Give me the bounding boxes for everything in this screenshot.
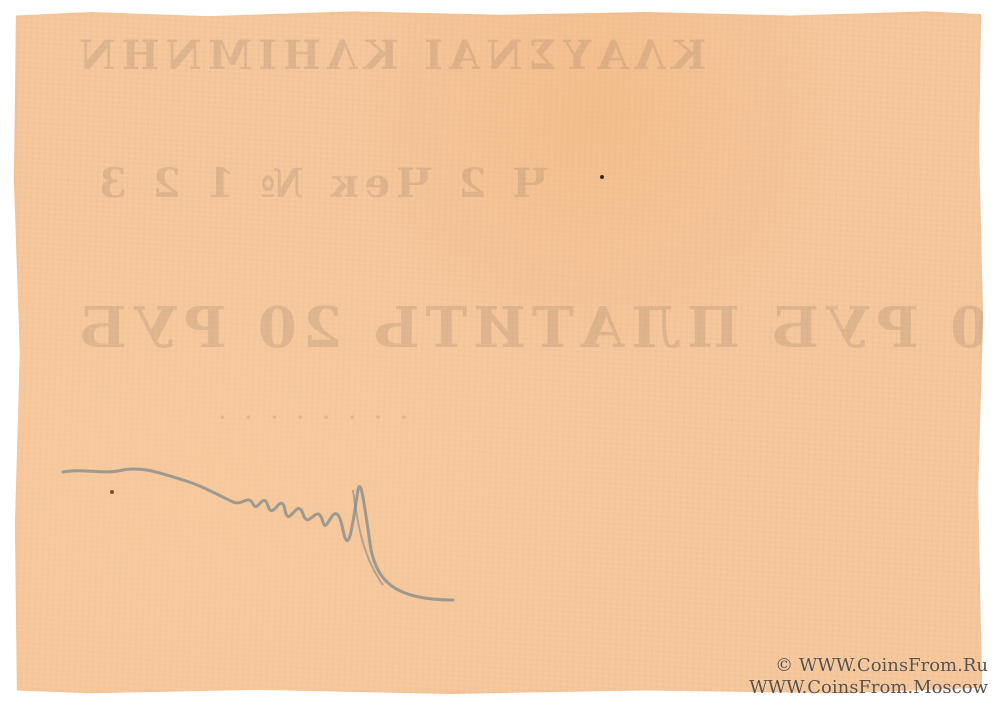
watermark-line-moscow: WWW.CoinsFrom.Moscow [749, 677, 988, 699]
ink-speck [600, 175, 604, 179]
bleed-through-text: Ч 2 Чек № 1 2 3 [93, 160, 549, 207]
watermark-line-ru: © WWW.CoinsFrom.Ru [749, 655, 988, 677]
pencil-signature [53, 450, 473, 610]
bleed-through-text: · · · · · · · · [213, 405, 407, 429]
bleed-through-denomination: 20 РУБ ПЛАТИТЬ 20 РУБ [73, 295, 1000, 361]
banknote-paper: ΚΛΑΥΣΝΑΙ ΚΛΗΙΜΝΗΝ Ч 2 Чек № 1 2 3 20 РУБ… [13, 10, 985, 696]
bleed-through-text: ΚΛΑΥΣΝΑΙ ΚΛΗΙΜΝΗΝ [73, 32, 706, 79]
copyright-watermark: © WWW.CoinsFrom.Ru WWW.CoinsFrom.Moscow [749, 655, 988, 699]
ink-speck [110, 490, 114, 494]
